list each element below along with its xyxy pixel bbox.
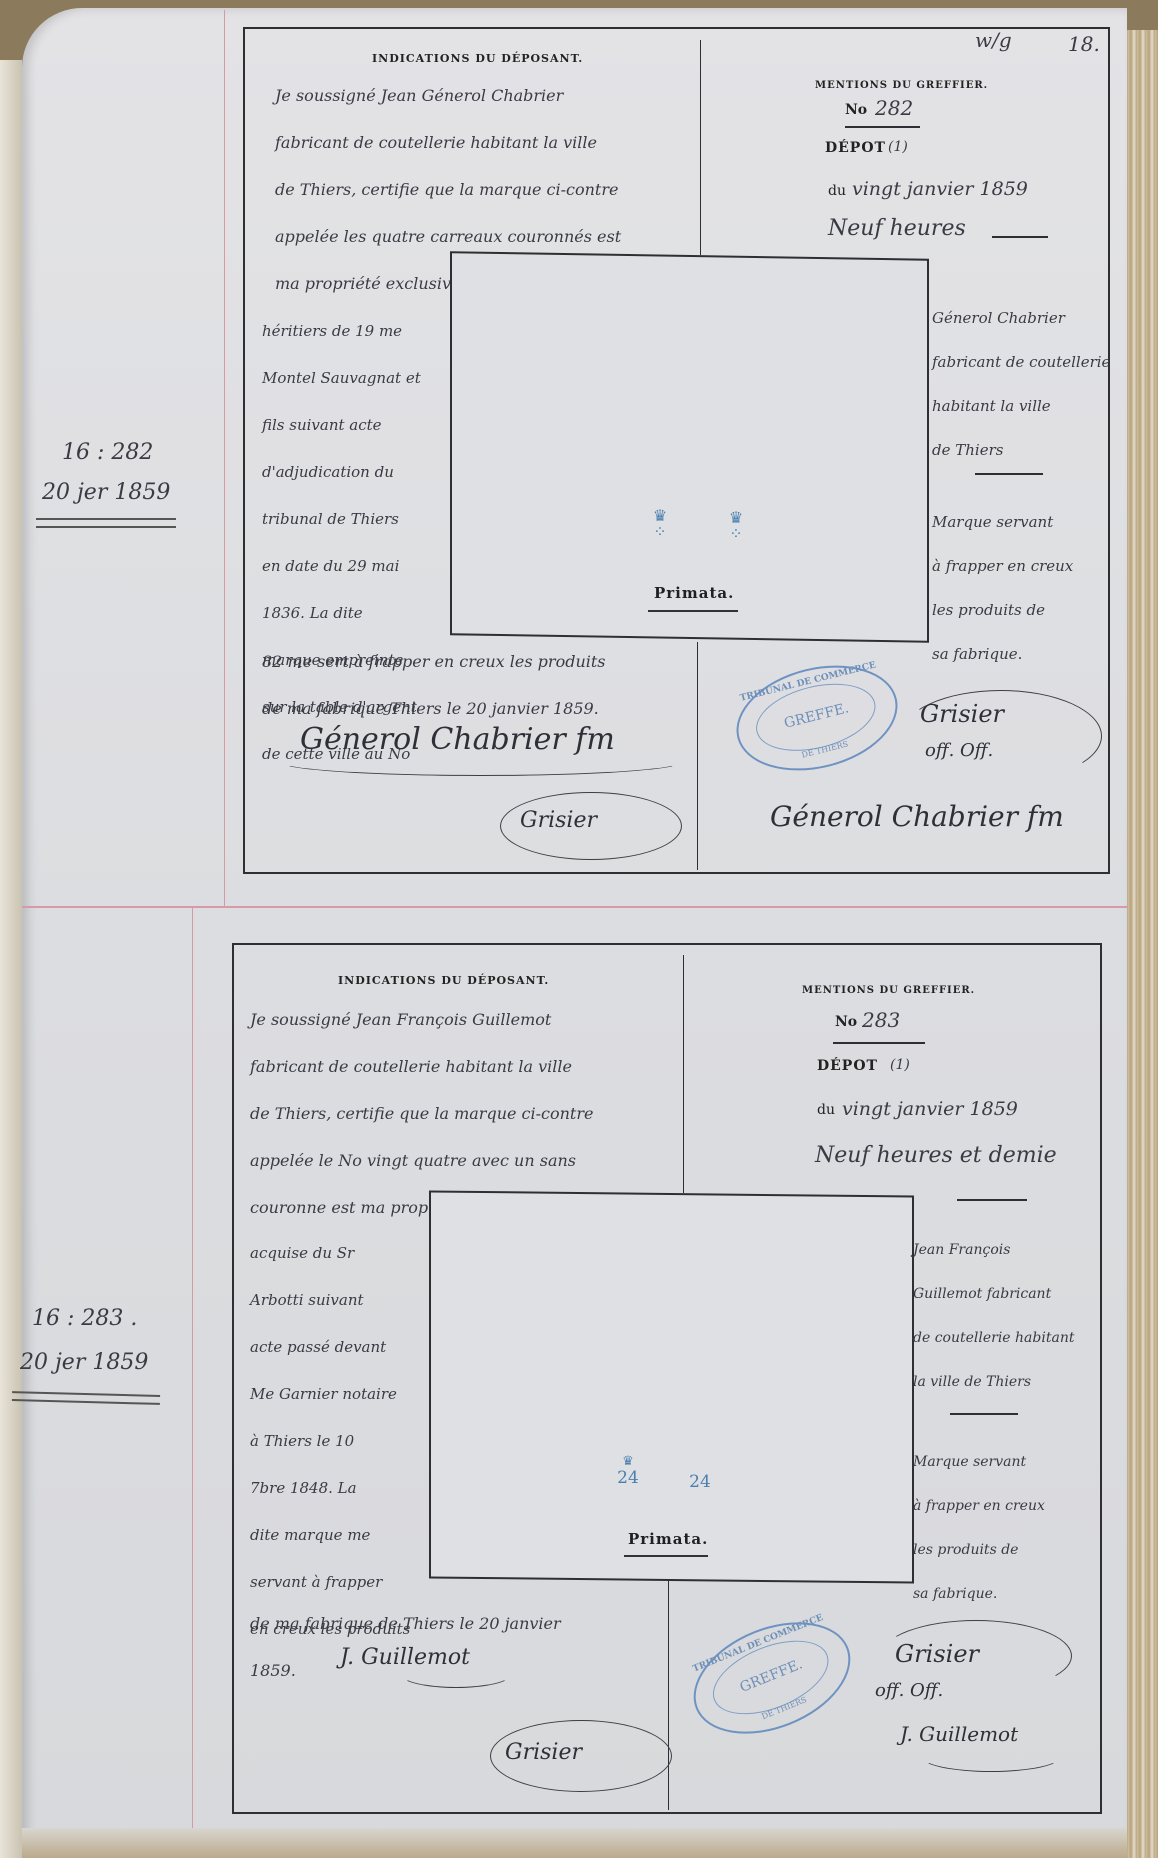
greffier-line: sa fabrique. xyxy=(913,1572,1045,1616)
greffier-section-rule xyxy=(950,1413,1018,1415)
depositant-text-bottom: 82 me sert à frapper en creux les produi… xyxy=(262,638,606,732)
greffier-depositor-text: Génerol Chabrier fabricant de coutelleri… xyxy=(932,296,1110,472)
margin-line-lower xyxy=(192,908,193,1853)
greffier-line: de Thiers xyxy=(932,428,1110,472)
greffier-line: Jean François xyxy=(913,1228,1074,1272)
ledger-left-edge xyxy=(0,60,22,1858)
depot-footnote-mark: (1) xyxy=(888,140,908,154)
crown-mark-icon: ♛ xyxy=(612,1455,644,1468)
depositant-line: Montel Sauvagnat et xyxy=(262,355,421,402)
signature-flourish xyxy=(920,1740,1062,1772)
crown-mark-icon: ♛⁘ xyxy=(648,508,672,540)
column-divider-bottom xyxy=(697,642,698,870)
mark-number-crowned: 24 xyxy=(612,1468,644,1488)
depositant-line: de Thiers, certifie que la marque ci-con… xyxy=(250,1090,605,1137)
deposit-number: 282 xyxy=(875,98,913,118)
depositant-line: d'adjudication du xyxy=(262,449,421,496)
depositant-header: INDICATIONS DU DÉPOSANT. xyxy=(372,52,583,65)
greffier-line: fabricant de coutellerie xyxy=(932,340,1110,384)
depositor-signature-right: Génerol Chabrier fm xyxy=(770,800,1064,833)
depositant-line: Je soussigné Jean François Guillemot xyxy=(250,996,605,1043)
depositant-line: en date du 29 mai xyxy=(262,543,421,590)
margin-note-underline xyxy=(36,518,176,528)
deposit-time: Neuf heures xyxy=(828,218,966,240)
deposit-date: vingt janvier 1859 xyxy=(842,1100,1018,1119)
date-prefix: du xyxy=(828,183,846,199)
greffier-mark-text: Marque servant à frapper en creux les pr… xyxy=(932,500,1073,676)
deposit-number: 283 xyxy=(862,1010,900,1030)
depositant-line: de Thiers, certifie que la marque ci-con… xyxy=(275,166,621,213)
page-bottom-edge xyxy=(22,1828,1127,1858)
clerk-flourish xyxy=(900,690,1102,782)
depositant-line: 1836. La dite xyxy=(262,590,421,637)
number-label: No xyxy=(835,1014,857,1030)
depositant-line: 82 me sert à frapper en creux les produi… xyxy=(262,638,606,685)
greffier-line: à frapper en creux xyxy=(913,1484,1045,1528)
clerk-flourish xyxy=(880,1620,1072,1692)
depositant-line: de ma fabrique de Thiers le 20 janvier xyxy=(250,1600,561,1647)
greffier-line: Génerol Chabrier xyxy=(932,296,1110,340)
depot-label: DÉPOT xyxy=(825,140,886,156)
greffier-header: MENTIONS DU GREFFIER. xyxy=(815,80,988,91)
number-underline xyxy=(833,1042,925,1044)
greffier-line: les produits de xyxy=(932,588,1073,632)
depositant-line: fabricant de coutellerie habitant la vil… xyxy=(250,1043,605,1090)
mark-caption-underline xyxy=(624,1555,708,1557)
signature-flourish xyxy=(280,748,682,776)
margin-note-number: 16 : 282 xyxy=(62,442,153,464)
depot-footnote-mark: (1) xyxy=(890,1058,910,1072)
margin-note-date: 20 jer 1859 xyxy=(42,482,170,504)
depositant-line: Je soussigné Jean Génerol Chabrier xyxy=(275,72,621,119)
depositant-line: fils suivant acte xyxy=(262,402,421,449)
margin-note-number: 16 : 283 . xyxy=(32,1308,137,1330)
depositant-line: fabricant de coutellerie habitant la vil… xyxy=(275,119,621,166)
depositant-header: INDICATIONS DU DÉPOSANT. xyxy=(338,974,549,987)
greffier-line: à frapper en creux xyxy=(932,544,1073,588)
time-rule xyxy=(957,1199,1027,1201)
deposit-time: Neuf heures et demie xyxy=(815,1145,1057,1167)
depositant-line: 7bre 1848. La xyxy=(250,1465,410,1512)
greffier-header: MENTIONS DU GREFFIER. xyxy=(802,985,975,996)
crown-mark-icon: ♛⁘ xyxy=(724,510,748,542)
clerk-signature-flourish xyxy=(490,1720,672,1792)
mark-imprint-box xyxy=(429,1190,914,1583)
greffier-line: Marque servant xyxy=(913,1440,1045,1484)
depositant-line: Me Garnier notaire xyxy=(250,1371,410,1418)
signature-flourish xyxy=(400,1660,512,1688)
mark-caption: Primata. xyxy=(654,584,734,602)
depositant-line: appelée le No vingt quatre avec un sans xyxy=(250,1137,605,1184)
greffier-line: Marque servant xyxy=(932,500,1073,544)
depositant-text-side: acquise du Sr Arbotti suivant acte passé… xyxy=(250,1230,410,1653)
greffier-line: habitant la ville xyxy=(932,384,1110,428)
deposit-date: vingt janvier 1859 xyxy=(852,180,1028,199)
depositant-line: tribunal de Thiers xyxy=(262,496,421,543)
column-divider-top xyxy=(700,40,701,255)
number-label: No xyxy=(845,102,867,118)
depot-label: DÉPOT xyxy=(817,1058,878,1074)
greffier-line: de coutellerie habitant xyxy=(913,1316,1074,1360)
mark-number: 24 xyxy=(684,1472,716,1492)
time-rule xyxy=(992,236,1048,238)
greffier-line: sa fabrique. xyxy=(932,632,1073,676)
column-divider-bottom xyxy=(668,1580,669,1810)
greffier-mark-text: Marque servant à frapper en creux les pr… xyxy=(913,1440,1045,1616)
date-prefix: du xyxy=(817,1102,835,1118)
mark-caption: Primata. xyxy=(628,1530,708,1548)
mark-caption-underline xyxy=(648,610,738,612)
depositant-line: acte passé devant xyxy=(250,1324,410,1371)
column-divider-top xyxy=(683,955,684,1193)
greffier-line: la ville de Thiers xyxy=(913,1360,1074,1404)
depositant-line: à Thiers le 10 xyxy=(250,1418,410,1465)
greffier-line: les produits de xyxy=(913,1528,1045,1572)
depositant-line: servant à frapper xyxy=(250,1559,410,1606)
greffier-depositor-text: Jean François Guillemot fabricant de cou… xyxy=(913,1228,1074,1404)
entry-separator-line xyxy=(22,906,1127,908)
greffier-section-rule xyxy=(975,473,1043,475)
depositant-line: Arbotti suivant xyxy=(250,1277,410,1324)
greffier-line: Guillemot fabricant xyxy=(913,1272,1074,1316)
depositant-line: héritiers de 19 me xyxy=(262,308,421,355)
depositant-line: dite marque me xyxy=(250,1512,410,1559)
margin-line-upper xyxy=(224,10,225,908)
margin-note-date: 20 jer 1859 xyxy=(20,1352,148,1374)
depositant-line: acquise du Sr xyxy=(250,1230,410,1277)
number-underline xyxy=(845,126,920,128)
clerk-signature-flourish xyxy=(500,792,682,860)
